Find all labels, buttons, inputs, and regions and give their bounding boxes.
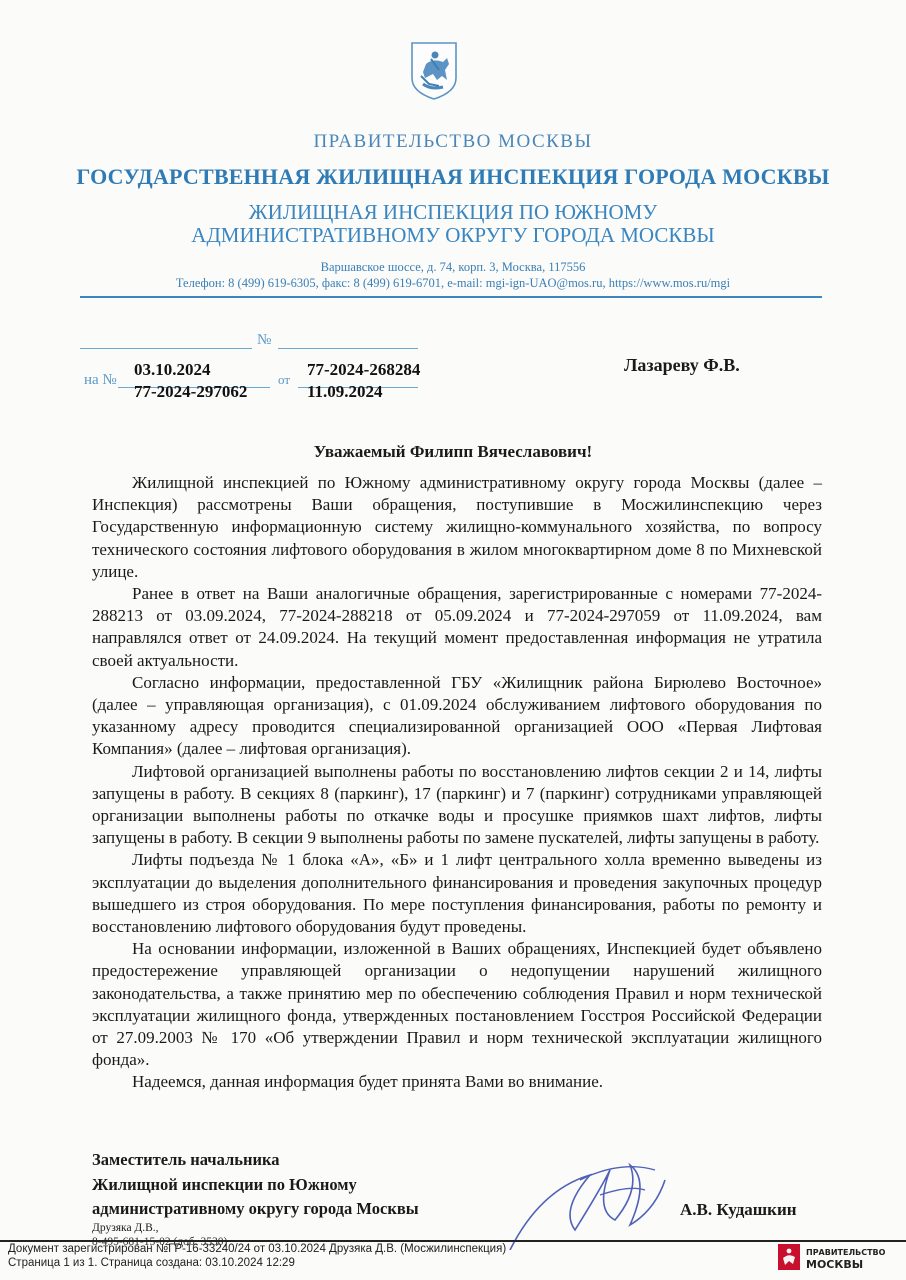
outgoing-number-line	[278, 348, 418, 349]
body-paragraph: Лифтовой организацией выполнены работы п…	[92, 761, 822, 850]
outgoing-date-line	[80, 348, 252, 349]
from-label: от	[278, 372, 290, 388]
agency-address: Варшавское шоссе, д. 74, корп. 3, Москва…	[0, 260, 906, 275]
salutation: Уважаемый Филипп Вячеславович!	[0, 442, 906, 462]
registration-stamp-text: Документ зарегистрирован №ГР-16-33240/24…	[8, 1243, 506, 1255]
body-paragraph: Надеемся, данная информация будет принят…	[92, 1071, 822, 1093]
reply-to-label: на №	[84, 372, 117, 389]
government-title: ПРАВИТЕЛЬСТВО МОСКВЫ	[0, 131, 906, 153]
footer-divider	[0, 1240, 906, 1242]
letterhead-divider	[80, 296, 822, 298]
signer-title-line3: административному округу города Москвы	[92, 1199, 419, 1219]
signer-title-line2: Жилищной инспекции по Южному	[92, 1175, 357, 1195]
body-paragraph: Жилищной инспекцией по Южному администра…	[92, 472, 822, 583]
agency-title: ГОСУДАРСТВЕННАЯ ЖИЛИЩНАЯ ИНСПЕКЦИЯ ГОРОД…	[0, 164, 906, 190]
department-title-line1: ЖИЛИЩНАЯ ИНСПЕКЦИЯ ПО ЮЖНОМУ	[0, 200, 906, 225]
incoming-date: 11.09.2024	[307, 382, 383, 402]
outgoing-date: 03.10.2024	[134, 360, 211, 380]
moscow-coat-of-arms-icon	[409, 40, 459, 102]
signer-name: А.В. Кудашкин	[680, 1200, 797, 1220]
signer-title-line1: Заместитель начальника	[92, 1150, 280, 1170]
department-title-line2: АДМИНИСТРАТИВНОМУ ОКРУГУ ГОРОДА МОСКВЫ	[0, 223, 906, 248]
outgoing-number: 77-2024-268284	[307, 360, 420, 380]
footer-brand-line1: ПРАВИТЕЛЬСТВО	[806, 1248, 885, 1257]
executor-name: Друзяка Д.В.,	[92, 1222, 159, 1234]
moscow-government-logo-icon	[778, 1244, 800, 1270]
agency-contacts: Телефон: 8 (499) 619-6305, факс: 8 (499)…	[0, 276, 906, 291]
letter-body: Жилищной инспекцией по Южному администра…	[92, 472, 822, 1094]
incoming-number: 77-2024-297062	[134, 382, 247, 402]
number-label: №	[257, 332, 271, 349]
page-info-text: Страница 1 из 1. Страница создана: 03.10…	[8, 1257, 295, 1269]
handwritten-signature-icon	[480, 1150, 710, 1250]
body-paragraph: Согласно информации, предоставленной ГБУ…	[92, 672, 822, 761]
footer-brand-line2: МОСКВЫ	[806, 1258, 863, 1271]
body-paragraph: Ранее в ответ на Ваши аналогичные обраще…	[92, 583, 822, 672]
recipient-name: Лазареву Ф.В.	[624, 355, 740, 376]
body-paragraph: Лифты подъезда № 1 блока «А», «Б» и 1 ли…	[92, 849, 822, 938]
body-paragraph: На основании информации, изложенной в Ва…	[92, 938, 822, 1071]
